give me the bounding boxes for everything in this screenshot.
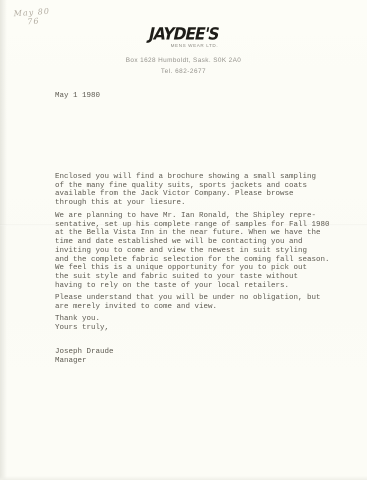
signature-name: Joseph Draude <box>55 348 345 357</box>
company-division-label: MENS WEAR LTD. <box>149 43 218 48</box>
signature-title: Manager <box>55 357 345 366</box>
letter-paragraph-3: Please understand that you will be under… <box>55 294 345 311</box>
handwritten-annotation-line2: 76 <box>27 17 40 27</box>
company-logo-wordmark: JAYDEE'S <box>147 25 220 42</box>
letter-paragraph-1: Enclosed you will find a brochure showin… <box>55 173 345 208</box>
company-phone: Tel. 682-2677 <box>0 68 367 75</box>
letter-date: May 1 1980 <box>55 92 345 101</box>
letter-thanks: Thank you. <box>55 315 345 324</box>
scan-edge-shadow-bottom <box>0 476 367 480</box>
letter-closing: Yours truly, <box>55 324 345 333</box>
company-address: Box 1628 Humboldt, Sask. S0K 2A0 <box>0 57 367 64</box>
handwritten-annotation: May 80 76 <box>13 7 50 27</box>
scanned-letter-page: May 80 76 JAYDEE'S MENS WEAR LTD. Box 16… <box>0 0 367 480</box>
letterhead: JAYDEE'S MENS WEAR LTD. Box 1628 Humbold… <box>0 26 367 75</box>
letter-paragraph-2: We are planning to have Mr. Ian Ronald, … <box>55 212 345 290</box>
letterhead-logo-block: JAYDEE'S MENS WEAR LTD. <box>149 26 218 48</box>
